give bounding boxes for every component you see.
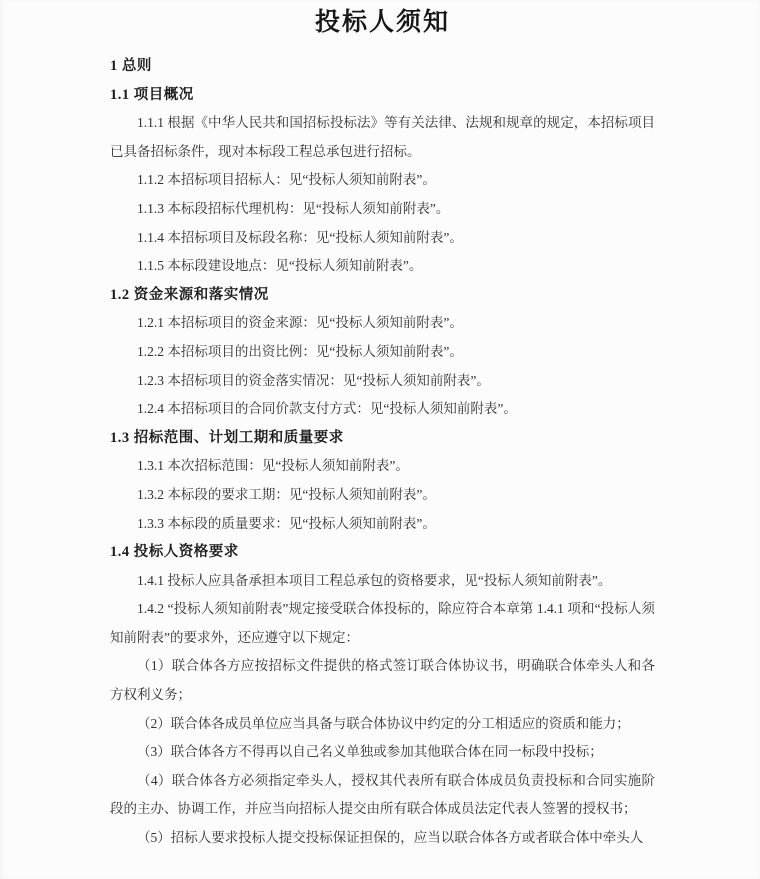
- document-content: 投标人须知 1 总则 1.1 项目概况 1.1.1 根据《中华人民共和国招标投标…: [110, 6, 655, 853]
- para-1-4-2: 1.4.2 “投标人须知前附表”规定接受联合体投标的，除应符合本章第 1.4.1…: [110, 595, 655, 652]
- para-list-item-1: （1）联合体各方应按招标文件提供的格式签订联合体协议书，明确联合体牵头人和各方权…: [110, 652, 655, 709]
- para-1-1-5: 1.1.5 本标段建设地点：见“投标人须知前附表”。: [110, 252, 655, 281]
- para-1-1-2: 1.1.2 本招标项目招标人：见“投标人须知前附表”。: [110, 166, 655, 195]
- document-page: 投标人须知 1 总则 1.1 项目概况 1.1.1 根据《中华人民共和国招标投标…: [0, 0, 760, 879]
- para-list-item-5: （5）招标人要求投标人提交投标保证担保的，应当以联合体各方或者联合体中牵头人: [110, 824, 655, 853]
- para-1-1-1: 1.1.1 根据《中华人民共和国招标投标法》等有关法律、法规和规章的规定，本招标…: [110, 109, 655, 166]
- para-1-2-2: 1.2.2 本招标项目的出资比例：见“投标人须知前附表”。: [110, 338, 655, 367]
- para-1-3-3: 1.3.3 本标段的质量要求：见“投标人须知前附表”。: [110, 510, 655, 539]
- para-1-1-4: 1.1.4 本招标项目及标段名称：见“投标人须知前附表”。: [110, 224, 655, 253]
- heading-section-1-2: 1.2 资金来源和落实情况: [110, 281, 655, 310]
- heading-section-1: 1 总则: [110, 52, 655, 81]
- para-list-item-3: （3）联合体各方不得再以自己名义单独或参加其他联合体在同一标段中投标；: [110, 738, 655, 767]
- document-title: 投标人须知: [110, 6, 655, 40]
- para-1-3-2: 1.3.2 本标段的要求工期：见“投标人须知前附表”。: [110, 481, 655, 510]
- heading-section-1-1: 1.1 项目概况: [110, 81, 655, 110]
- para-1-2-1: 1.2.1 本招标项目的资金来源：见“投标人须知前附表”。: [110, 309, 655, 338]
- para-1-1-3: 1.1.3 本标段招标代理机构：见“投标人须知前附表”。: [110, 195, 655, 224]
- para-1-2-3: 1.2.3 本招标项目的资金落实情况：见“投标人须知前附表”。: [110, 367, 655, 396]
- para-1-4-1: 1.4.1 投标人应具备承担本项目工程总承包的资格要求，见“投标人须知前附表”。: [110, 567, 655, 596]
- heading-section-1-4: 1.4 投标人资格要求: [110, 538, 655, 567]
- para-list-item-2: （2）联合体各成员单位应当具备与联合体协议中约定的分工相适应的资质和能力；: [110, 710, 655, 739]
- para-1-3-1: 1.3.1 本次招标范围：见“投标人须知前附表”。: [110, 452, 655, 481]
- para-list-item-4: （4）联合体各方必须指定牵头人，授权其代表所有联合体成员负责投标和合同实施阶段的…: [110, 767, 655, 824]
- heading-section-1-3: 1.3 招标范围、计划工期和质量要求: [110, 424, 655, 453]
- para-1-2-4: 1.2.4 本招标项目的合同价款支付方式：见“投标人须知前附表”。: [110, 395, 655, 424]
